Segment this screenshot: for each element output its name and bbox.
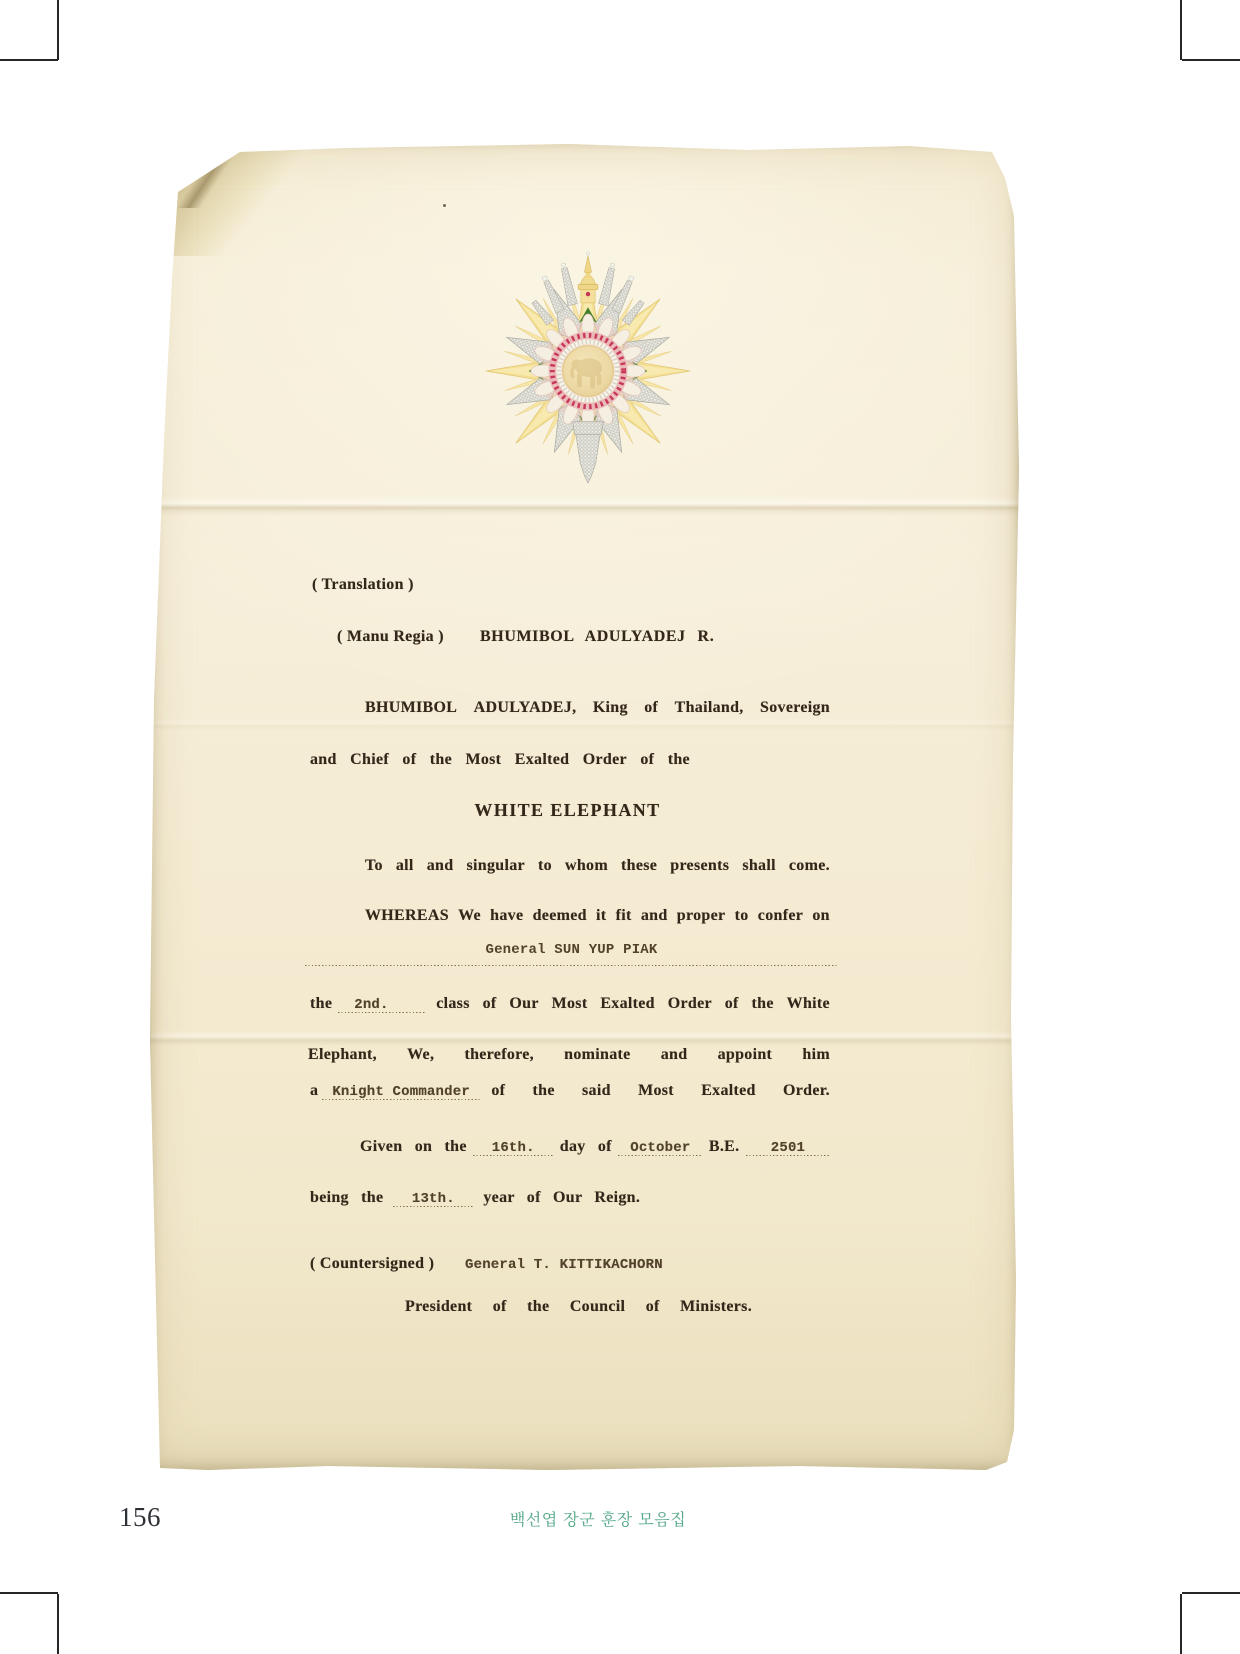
rank-suffix: ofthesaidMostExaltedOrder. [491, 1082, 830, 1100]
rank-value: Knight Commander [332, 1084, 470, 1100]
given-year: 2501 [771, 1140, 805, 1156]
white-elephant-order-star-image [478, 248, 698, 494]
order-title: WHITE ELEPHANT [305, 800, 830, 821]
crop-mark-top-left-horizontal [0, 59, 58, 61]
scanned-certificate-sheet: ( Translation ) ( Manu Regia ) BHUMIBOL … [148, 140, 1020, 1474]
crop-mark-bottom-right-vertical [1180, 1594, 1182, 1654]
crop-mark-top-left-vertical [57, 0, 59, 60]
reign-blank: 13th. [393, 1189, 473, 1207]
given-line: Given on the 16th. day of October B.E. 2… [360, 1138, 830, 1156]
given-day-blank: 16th. [473, 1138, 553, 1156]
reign-line: being the 13th. year of Our Reign. [310, 1189, 640, 1207]
reign-prefix: being the [310, 1189, 383, 1207]
crop-mark-bottom-left-horizontal [0, 1592, 58, 1594]
class-suffix: classofOurMostExaltedOrderoftheWhite [436, 995, 830, 1013]
crop-mark-bottom-right-horizontal [1182, 1592, 1240, 1594]
fold-crease-upper [148, 496, 1020, 516]
nominate-line: Elephant,We,therefore,nominateandappoint… [308, 1046, 830, 1064]
era-label: B.E. [709, 1138, 740, 1156]
crop-mark-top-right-horizontal [1182, 59, 1240, 61]
class-value: 2nd. [354, 997, 388, 1013]
crop-mark-top-right-vertical [1180, 0, 1182, 60]
countersigner-name: General T. KITTIKACHORN [465, 1257, 663, 1273]
reign-suffix: year of Our Reign. [483, 1189, 640, 1207]
recipient-name: General SUN YUP PIAK [485, 942, 657, 958]
given-year-blank: 2501 [746, 1138, 830, 1156]
given-month-blank: October [618, 1138, 702, 1156]
page-number: 156 [119, 1502, 161, 1533]
given-prefix: Given on the [360, 1138, 467, 1156]
class-prefix: the [310, 995, 332, 1013]
manu-regia-row: ( Manu Regia ) BHUMIBOL ADULYADEJ R. [337, 628, 857, 646]
preamble-line-2: andChiefoftheMostExaltedOrderofthe [310, 751, 690, 769]
manu-regia-label: ( Manu Regia ) [337, 628, 444, 645]
given-mid: day of [560, 1138, 612, 1156]
crop-mark-bottom-left-vertical [57, 1594, 59, 1654]
rank-blank: Knight Commander [322, 1082, 482, 1100]
countersigned-row: ( Countersigned ) General T. KITTIKACHOR… [310, 1255, 830, 1273]
class-line: the 2nd. classofOurMostExaltedOrderofthe… [310, 995, 830, 1013]
preamble-line-1: BHUMIBOLADULYADEJ,KingofThailand,Soverei… [365, 699, 830, 717]
ink-speck [443, 204, 446, 207]
royal-cipher: BHUMIBOL ADULYADEJ R. [480, 628, 714, 646]
countersigner-title: PresidentoftheCouncilofMinisters. [405, 1298, 752, 1316]
countersigned-label: ( Countersigned ) [310, 1255, 434, 1272]
given-month: October [630, 1140, 690, 1156]
reign-year: 13th. [412, 1191, 455, 1207]
running-caption: 백선엽 장군 훈장 모음집 [478, 1507, 718, 1530]
fold-crease-middle [148, 718, 1020, 730]
fold-crease-lower [148, 1030, 1020, 1046]
white-elephant-order-star [478, 248, 698, 494]
folded-corner-edge [166, 142, 256, 208]
salutation-line: Toallandsingulartowhomthesepresentsshall… [365, 857, 830, 875]
rank-line: a Knight Commander ofthesaidMostExaltedO… [310, 1082, 830, 1100]
rank-prefix: a [310, 1082, 318, 1100]
whereas-line: WHEREASWehavedeemeditfitandpropertoconfe… [365, 907, 830, 925]
translation-label: ( Translation ) [312, 576, 414, 594]
given-day: 16th. [492, 1140, 535, 1156]
recipient-line: General SUN YUP PIAK [305, 940, 838, 966]
class-blank: 2nd. [338, 995, 426, 1013]
crown-element [578, 252, 598, 303]
